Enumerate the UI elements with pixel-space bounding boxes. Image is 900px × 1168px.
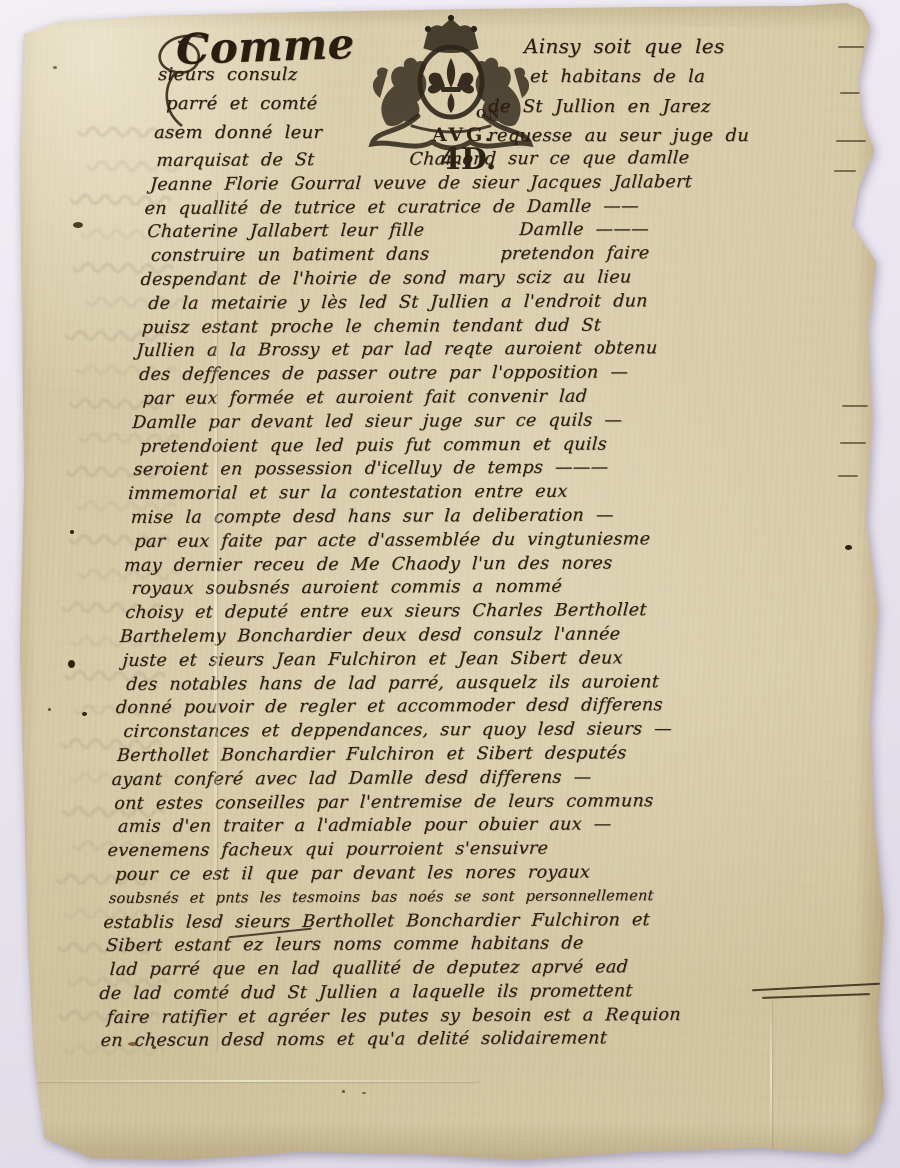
manuscript-text: marquisat de St Chamond sur ce que damll… bbox=[100, 146, 892, 1054]
ink-speck bbox=[152, 1046, 156, 1049]
horizontal-crease bbox=[28, 1080, 478, 1082]
vertical-crease bbox=[770, 1000, 772, 1150]
ink-speck bbox=[82, 712, 87, 716]
stain bbox=[128, 1042, 138, 1046]
ink-speck bbox=[53, 66, 57, 69]
header-line-4-right: requesse au seur juge du bbox=[488, 125, 749, 146]
header-line-3-left: parré et comté bbox=[166, 93, 318, 114]
edge-mark bbox=[836, 140, 866, 142]
edge-mark bbox=[840, 442, 866, 444]
edge-mark bbox=[834, 170, 856, 172]
header-line-3-right: de St Jullion en Jarez bbox=[488, 96, 711, 117]
header-line-2-left: sieurs consulz bbox=[158, 64, 298, 85]
paper-sheet-wrapper: ON AVG. 4D. Comme Ainsy soit que les sie… bbox=[0, 0, 900, 1168]
ink-speck bbox=[70, 530, 74, 534]
edge-mark bbox=[842, 405, 868, 407]
photo-of-manuscript: { "colors":{ "backdrop":"#e9e5ee", "pape… bbox=[0, 0, 900, 1168]
header-line-1-right: Ainsy soit que les bbox=[524, 34, 725, 58]
ink-speck bbox=[362, 1092, 366, 1094]
ink-blot bbox=[845, 545, 852, 550]
ink-speck bbox=[48, 708, 51, 711]
vertical-crease bbox=[214, 190, 217, 1050]
edge-mark bbox=[838, 475, 858, 477]
header-line-2-right: et habitans de la bbox=[530, 66, 705, 87]
edge-mark bbox=[840, 92, 862, 94]
ink-speck bbox=[342, 1090, 345, 1093]
header-line-4-left: asem donné leur bbox=[154, 122, 322, 143]
paper-sheet: ON AVG. 4D. Comme Ainsy soit que les sie… bbox=[0, 0, 900, 1168]
fleur-de-lis-icon bbox=[428, 58, 474, 113]
ink-blot bbox=[73, 222, 83, 228]
edge-mark bbox=[838, 46, 864, 48]
manuscript-line: en chescun desd noms et qu'a delité soli… bbox=[100, 1027, 842, 1055]
ink-blot bbox=[68, 660, 75, 668]
